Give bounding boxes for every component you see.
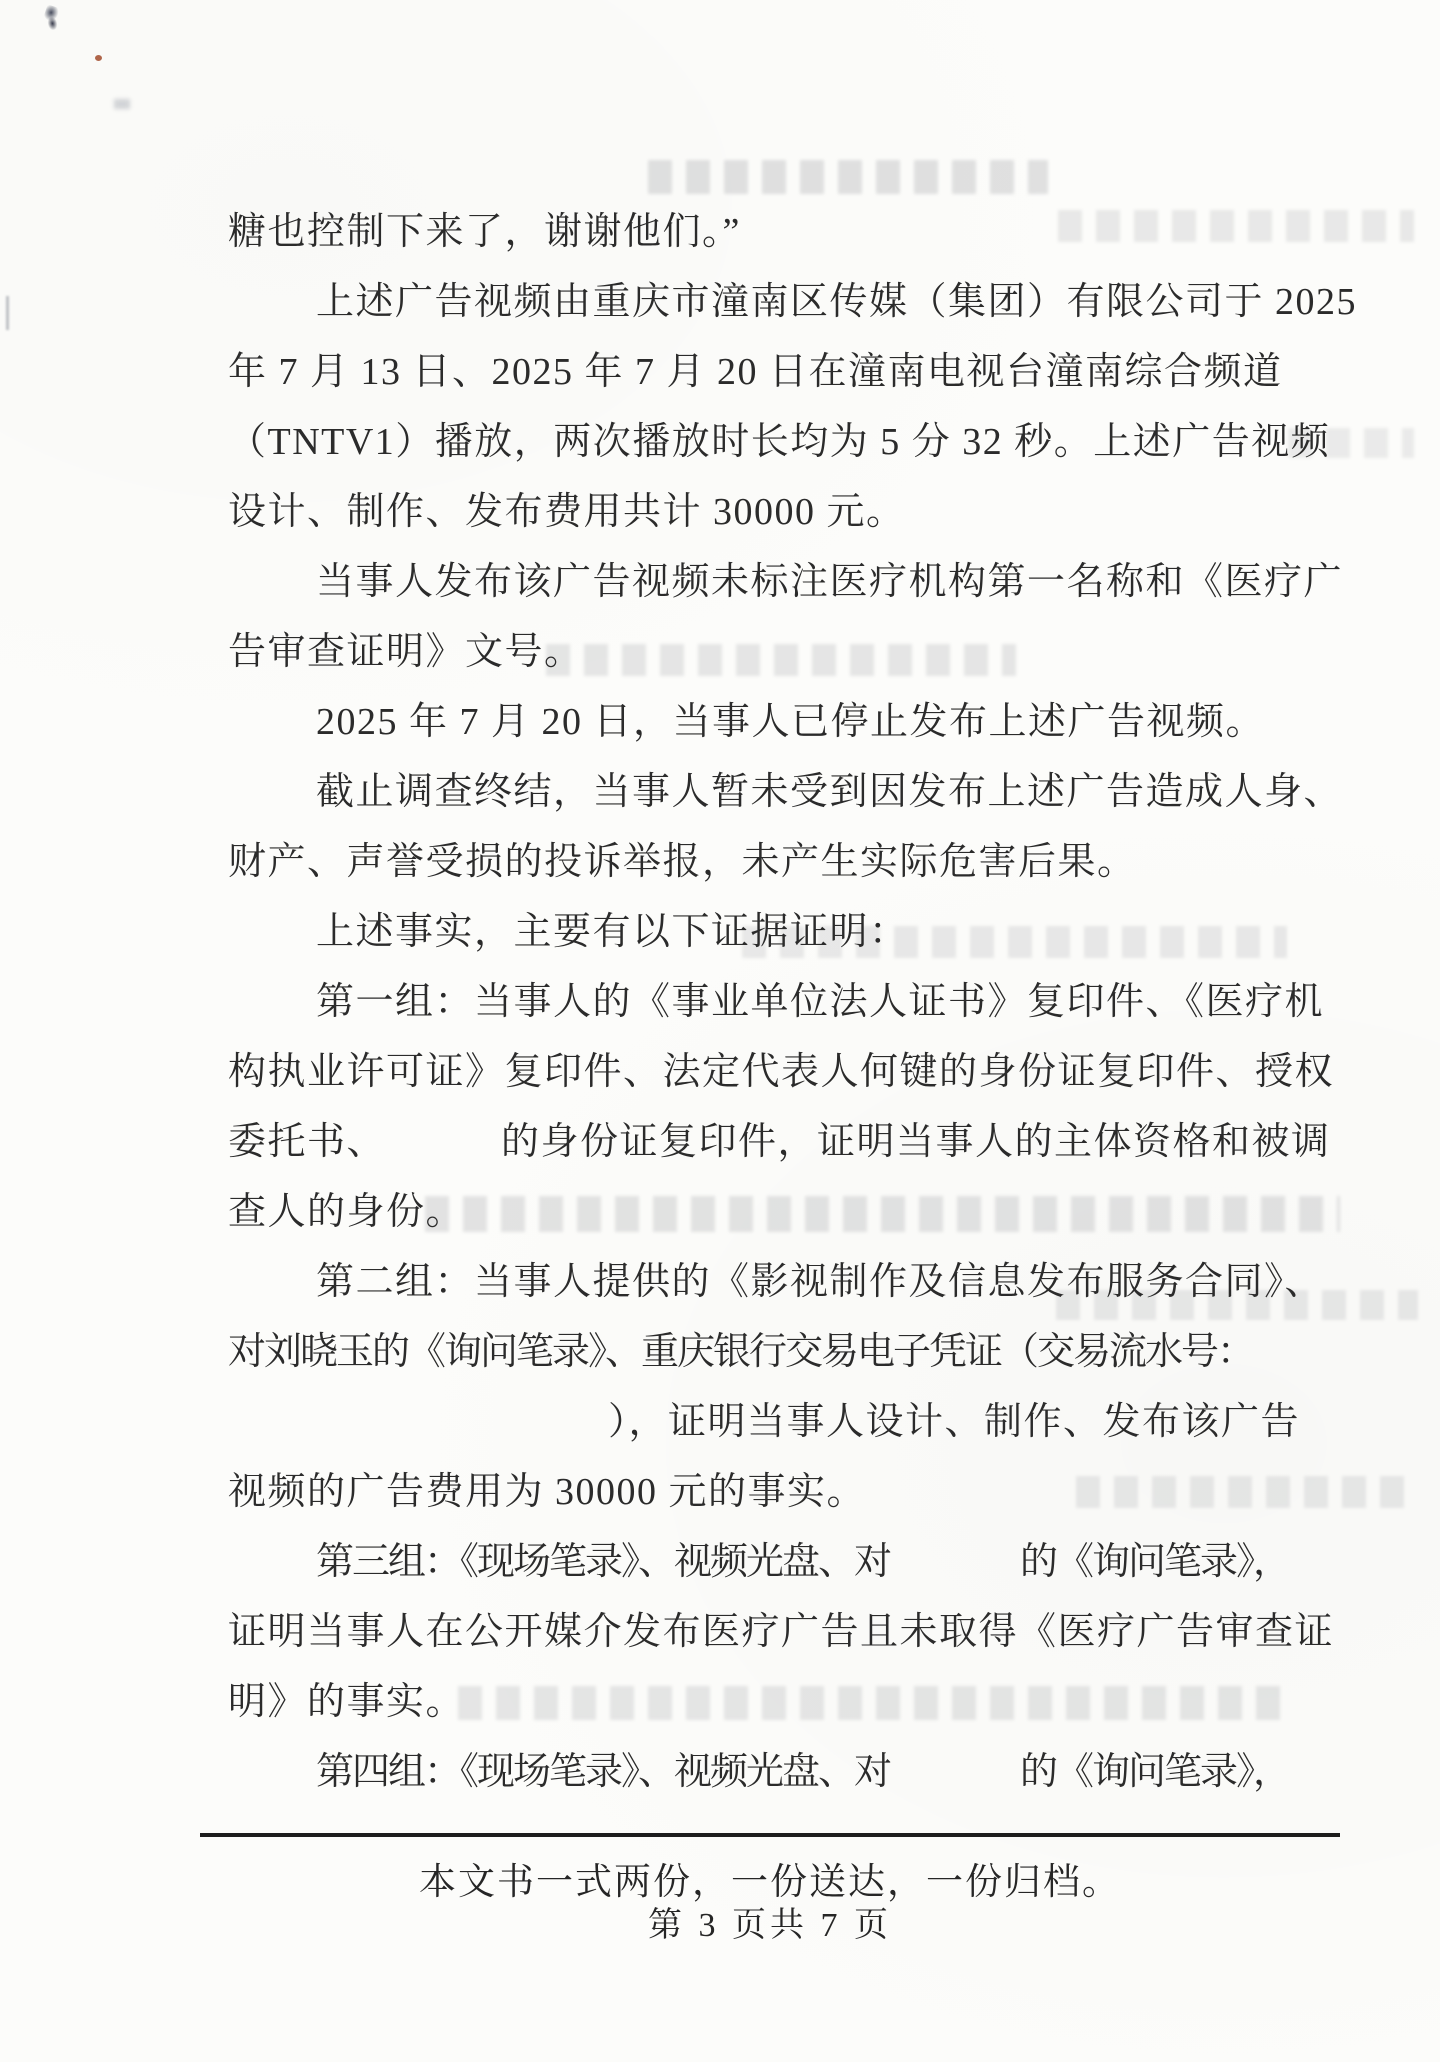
document-text: 第一组：当事人的《事业单位法人证书》复印件、《医疗机 [316, 981, 1324, 1023]
document-text: 设计、制作、发布费用共计 30000 元。 [228, 491, 906, 533]
document-line: 年 7 月 13 日、2025 年 7 月 20 日在潼南电视台潼南综合频道 [228, 337, 1388, 407]
document-line: 截止调查终结，当事人暂未受到因发布上述广告造成人身、 [228, 757, 1388, 827]
document-line: 视频的广告费用为 30000 元的事实。 [228, 1457, 1388, 1527]
footer-page-indicator: 第 3 页共 7 页 [200, 1905, 1340, 1947]
document-line: 设计、制作、发布费用共计 30000 元。 [228, 477, 1388, 547]
redacted-blank [228, 1432, 608, 1434]
document-line: 上述广告视频由重庆市潼南区传媒（集团）有限公司于 2025 [228, 267, 1388, 337]
document-line: 明》的事实。 [228, 1667, 1388, 1737]
document-body: 糖也控制下来了，谢谢他们。”上述广告视频由重庆市潼南区传媒（集团）有限公司于 2… [228, 197, 1388, 1807]
document-text: 证明当事人在公开媒介发布医疗广告且未取得《医疗广告审查证 [228, 1611, 1334, 1653]
document-line: 第一组：当事人的《事业单位法人证书》复印件、《医疗机 [228, 967, 1388, 1037]
document-text: 告审查证明》文号。 [228, 631, 584, 673]
ink-speck [47, 16, 59, 31]
document-text: （TNTV1）播放，两次播放时长均为 5 分 32 秒。上述广告视频 [228, 421, 1330, 463]
document-text: 第四组：《现场笔录》、视频光盘、对 [316, 1751, 890, 1793]
footer-divider-rule [200, 1833, 1340, 1837]
document-text: 财产、声誉受损的投诉举报，未产生实际危害后果。 [228, 841, 1137, 883]
document-text: 截止调查终结，当事人暂未受到因发布上述广告造成人身、 [316, 771, 1343, 813]
document-line: 告审查证明》文号。 [228, 617, 1388, 687]
document-text: 当事人发布该广告视频未标注医疗机构第一名称和《医疗广 [316, 561, 1343, 603]
document-text: 明》的事实。 [228, 1681, 465, 1723]
document-text: 构执业许可证》复印件、法定代表人何键的身份证复印件、授权 [228, 1051, 1334, 1093]
document-line: 第四组：《现场笔录》、视频光盘、对的《询问笔录》， [228, 1737, 1388, 1807]
document-text: 的身份证复印件，证明当事人的主体资格和被调 [501, 1121, 1331, 1163]
edge-mark [6, 296, 9, 330]
document-line: 证明当事人在公开媒介发布医疗广告且未取得《医疗广告审查证 [228, 1597, 1388, 1667]
document-text: 视频的广告费用为 30000 元的事实。 [228, 1471, 866, 1513]
red-ink-dot [95, 55, 102, 61]
document-text: 糖也控制下来了，谢谢他们。” [228, 211, 741, 253]
document-text: 对刘晓玉的《询问笔录》、重庆银行交易电子凭证（交易流水号： [228, 1331, 1253, 1373]
document-line: 上述事实，主要有以下证据证明： [228, 897, 1388, 967]
document-line: 第三组：《现场笔录》、视频光盘、对的《询问笔录》， [228, 1527, 1388, 1597]
document-line: 当事人发布该广告视频未标注医疗机构第一名称和《医疗广 [228, 547, 1388, 617]
document-line: 查人的身份。 [228, 1177, 1388, 1247]
document-text: ），证明当事人设计、制作、发布该广告 [608, 1401, 1300, 1443]
redacted-blank [386, 1152, 501, 1154]
ink-speck [43, 4, 60, 22]
document-line: 糖也控制下来了，谢谢他们。” [228, 197, 1388, 267]
document-text: 第二组：当事人提供的《影视制作及信息发布服务合同》、 [316, 1261, 1324, 1303]
document-text: 查人的身份。 [228, 1191, 465, 1233]
document-text: 的《询问笔录》， [1020, 1541, 1289, 1583]
document-text: 第三组：《现场笔录》、视频光盘、对 [316, 1541, 890, 1583]
document-text: 上述事实，主要有以下证据证明： [316, 911, 909, 953]
redacted-blank [890, 1572, 1020, 1574]
document-line: 第二组：当事人提供的《影视制作及信息发布服务合同》、 [228, 1247, 1388, 1317]
document-text: 的《询问笔录》， [1020, 1751, 1289, 1793]
document-line: 构执业许可证》复印件、法定代表人何键的身份证复印件、授权 [228, 1037, 1388, 1107]
redacted-blank [890, 1782, 1020, 1784]
document-line: 对刘晓玉的《询问笔录》、重庆银行交易电子凭证（交易流水号： [228, 1317, 1388, 1387]
footer-copies-note: 本文书一式两份，一份送达，一份归档。 [200, 1861, 1340, 1905]
bleedthrough-artifact [648, 160, 1048, 194]
document-text: 2025 年 7 月 20 日，当事人已停止发布上述广告视频。 [316, 701, 1265, 743]
document-text: 上述广告视频由重庆市潼南区传媒（集团）有限公司于 2025 [316, 281, 1357, 323]
document-line: （TNTV1）播放，两次播放时长均为 5 分 32 秒。上述广告视频 [228, 407, 1388, 477]
document-line: 委托书、的身份证复印件，证明当事人的主体资格和被调 [228, 1107, 1388, 1177]
page-footer: 本文书一式两份，一份送达，一份归档。 第 3 页共 7 页 [200, 1861, 1340, 1947]
document-line: ），证明当事人设计、制作、发布该广告 [228, 1387, 1388, 1457]
gray-smudge [114, 99, 130, 109]
document-line: 2025 年 7 月 20 日，当事人已停止发布上述广告视频。 [228, 687, 1388, 757]
document-line: 财产、声誉受损的投诉举报，未产生实际危害后果。 [228, 827, 1388, 897]
scanned-document-page: 糖也控制下来了，谢谢他们。”上述广告视频由重庆市潼南区传媒（集团）有限公司于 2… [0, 0, 1440, 2062]
document-text: 委托书、 [228, 1121, 386, 1163]
document-text: 年 7 月 13 日、2025 年 7 月 20 日在潼南电视台潼南综合频道 [228, 351, 1283, 393]
